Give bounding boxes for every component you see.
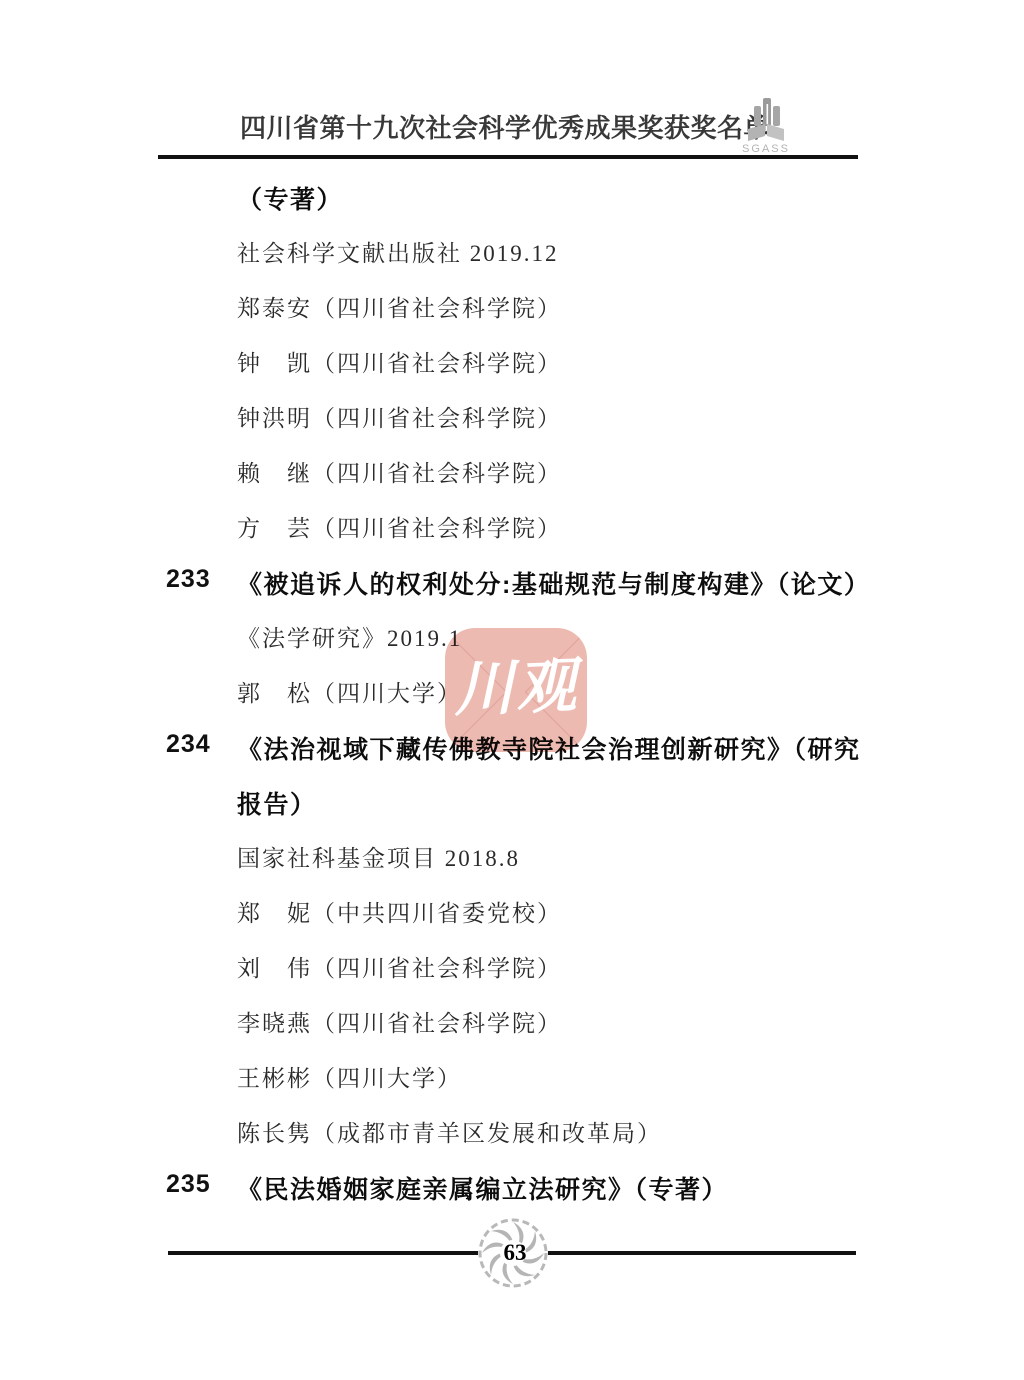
- building-book-icon: [738, 96, 794, 142]
- entry-number: 233: [166, 565, 211, 594]
- author-line: 郑泰安（四川省社会科学院）: [0, 290, 1024, 345]
- entry-234-publisher-line: 国家社科基金项目 2018.8: [0, 840, 1024, 895]
- watermark-text: 川观: [444, 650, 588, 727]
- page-number: 63: [477, 1217, 549, 1289]
- entry-234-title-wrap-line: 报告）: [0, 785, 1024, 840]
- author-line: 钟 凯（四川省社会科学院）: [0, 345, 1024, 400]
- page-title: 四川省第十九次社会科学优秀成果奖获奖名单: [240, 108, 770, 145]
- header-rule: [158, 155, 858, 159]
- continued-publisher-line: 社会科学文献出版社 2019.12: [0, 235, 1024, 290]
- page-number-medallion: 63: [477, 1217, 549, 1289]
- entry-number: 234: [166, 730, 211, 759]
- entry-233-title-line: 233 《被追诉人的权利处分:基础规范与制度构建》（论文）: [0, 565, 1024, 620]
- author-line: 郑 妮（中共四川省委党校）: [0, 895, 1024, 950]
- entry-title: 《民法婚姻家庭亲属编立法研究》（专著）: [237, 1176, 728, 1204]
- document-page: 四川省第十九次社会科学优秀成果奖获奖名单 SGASS （专著） 社会科学文献出版…: [0, 0, 1024, 1380]
- author-line: 陈长隽（成都市青羊区发展和改革局）: [0, 1115, 1024, 1170]
- author-line: 赖 继（四川省社会科学院）: [0, 455, 1024, 510]
- chuanguan-watermark: 川观: [445, 628, 587, 752]
- author-line: 刘 伟（四川省社会科学院）: [0, 950, 1024, 1005]
- author-line: 方 芸（四川省社会科学院）: [0, 510, 1024, 565]
- author-line: 李晓燕（四川省社会科学院）: [0, 1005, 1024, 1060]
- author-line: 王彬彬（四川大学）: [0, 1060, 1024, 1115]
- entry-number: 235: [166, 1170, 211, 1199]
- logo-caption: SGASS: [730, 143, 802, 155]
- continued-category-line: （专著）: [0, 180, 1024, 235]
- author-line: 钟洪明（四川省社会科学院）: [0, 400, 1024, 455]
- entry-title: 《被追诉人的权利处分:基础规范与制度构建》（论文）: [237, 571, 870, 599]
- sgass-logo: SGASS: [730, 96, 802, 155]
